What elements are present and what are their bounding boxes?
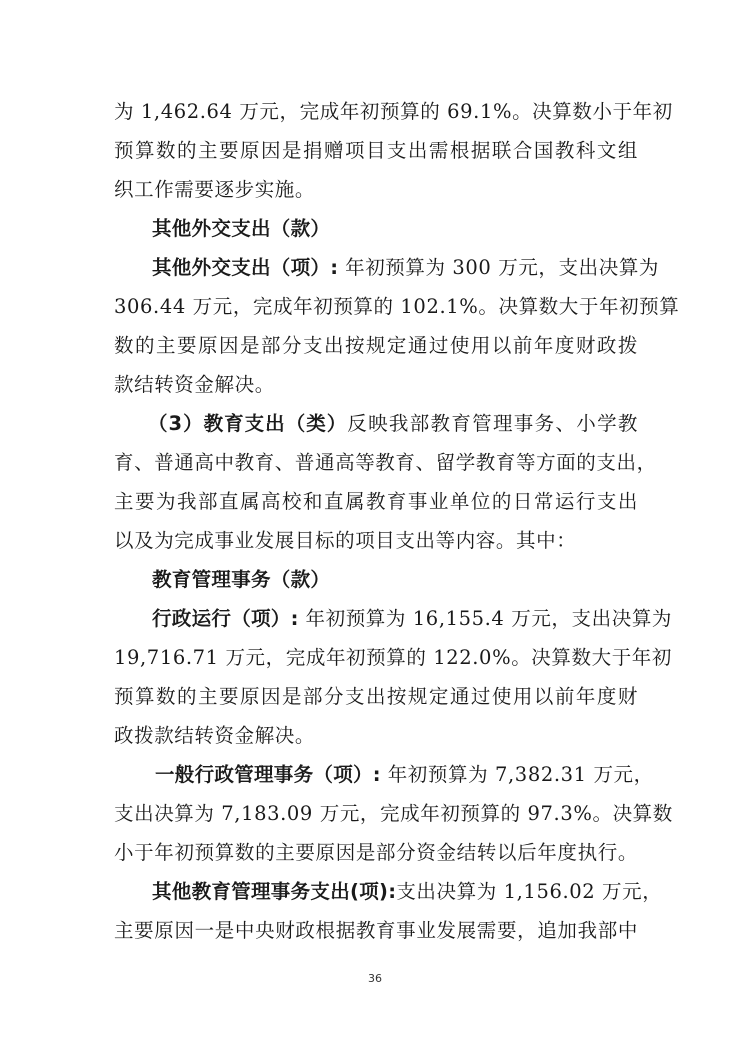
- item-title: 其他教育管理事务支出(项):: [152, 880, 396, 903]
- text-line: 育、普通高中教育、普通高等教育、留学教育等方面的支出，: [114, 451, 638, 475]
- section-heading: 教育管理事务（款）: [152, 568, 638, 592]
- text-line: 主要原因一是中央财政根据教育事业发展需要，追加我部中: [114, 919, 638, 943]
- text-line: 织工作需要逐步实施。: [114, 178, 638, 202]
- text-line: 政拨款结转资金解决。: [114, 724, 638, 748]
- text-line: 其他教育管理事务支出(项):支出决算为 1,156.02 万元，: [152, 880, 638, 904]
- text-line: 款结转资金解决。: [114, 373, 638, 397]
- text-line: （3）教育支出（类）反映我部教育管理事务、小学教: [148, 412, 638, 436]
- text-line: 主要为我部直属高校和直属教育事业单位的日常运行支出: [114, 490, 638, 514]
- text-line: 其他外交支出（项）: 年初预算为 300 万元，支出决算为: [152, 256, 638, 280]
- text-line: 为 1,462.64 万元，完成年初预算的 69.1%。决算数小于年初: [114, 100, 638, 124]
- text-line: 预算数的主要原因是部分支出按规定通过使用以前年度财: [114, 685, 638, 709]
- text-line: 一般行政管理事务（项）: 年初预算为 7,382.31 万元，: [155, 763, 638, 787]
- text-line: 以及为完成事业发展目标的项目支出等内容。其中：: [114, 529, 638, 553]
- document-page: 为 1,462.64 万元，完成年初预算的 69.1%。决算数小于年初 预算数的…: [0, 0, 750, 1061]
- page-number: 36: [0, 972, 750, 985]
- text-line: 306.44 万元，完成年初预算的 102.1%。决算数大于年初预算: [114, 295, 638, 319]
- category-text: 反映我部教育管理事务、小学教: [347, 412, 638, 435]
- item-title: 其他外交支出（项）:: [152, 256, 338, 279]
- text-line: 行政运行（项）: 年初预算为 16,155.4 万元，支出决算为: [152, 607, 638, 631]
- text-line: 支出决算为 7,183.09 万元，完成年初预算的 97.3%。决算数: [114, 802, 638, 826]
- item-title: 一般行政管理事务（项）:: [155, 763, 381, 786]
- item-text: 年初预算为 16,155.4 万元，支出决算为: [299, 607, 672, 630]
- text-line: 小于年初预算数的主要原因是部分资金结转以后年度执行。: [114, 841, 638, 865]
- text-line: 预算数的主要原因是捐赠项目支出需根据联合国教科文组: [114, 139, 638, 163]
- text-line: 19,716.71 万元，完成年初预算的 122.0%。决算数大于年初: [114, 646, 638, 670]
- item-title: 行政运行（项）:: [152, 607, 299, 630]
- item-text: 支出决算为 1,156.02 万元，: [396, 880, 662, 903]
- section-heading: 其他外交支出（款）: [152, 217, 638, 241]
- item-text: 年初预算为 300 万元，支出决算为: [338, 256, 659, 279]
- text-line: 数的主要原因是部分支出按规定通过使用以前年度财政拨: [114, 334, 638, 358]
- item-text: 年初预算为 7,382.31 万元，: [381, 763, 654, 786]
- category-title: （3）教育支出（类）: [148, 412, 347, 435]
